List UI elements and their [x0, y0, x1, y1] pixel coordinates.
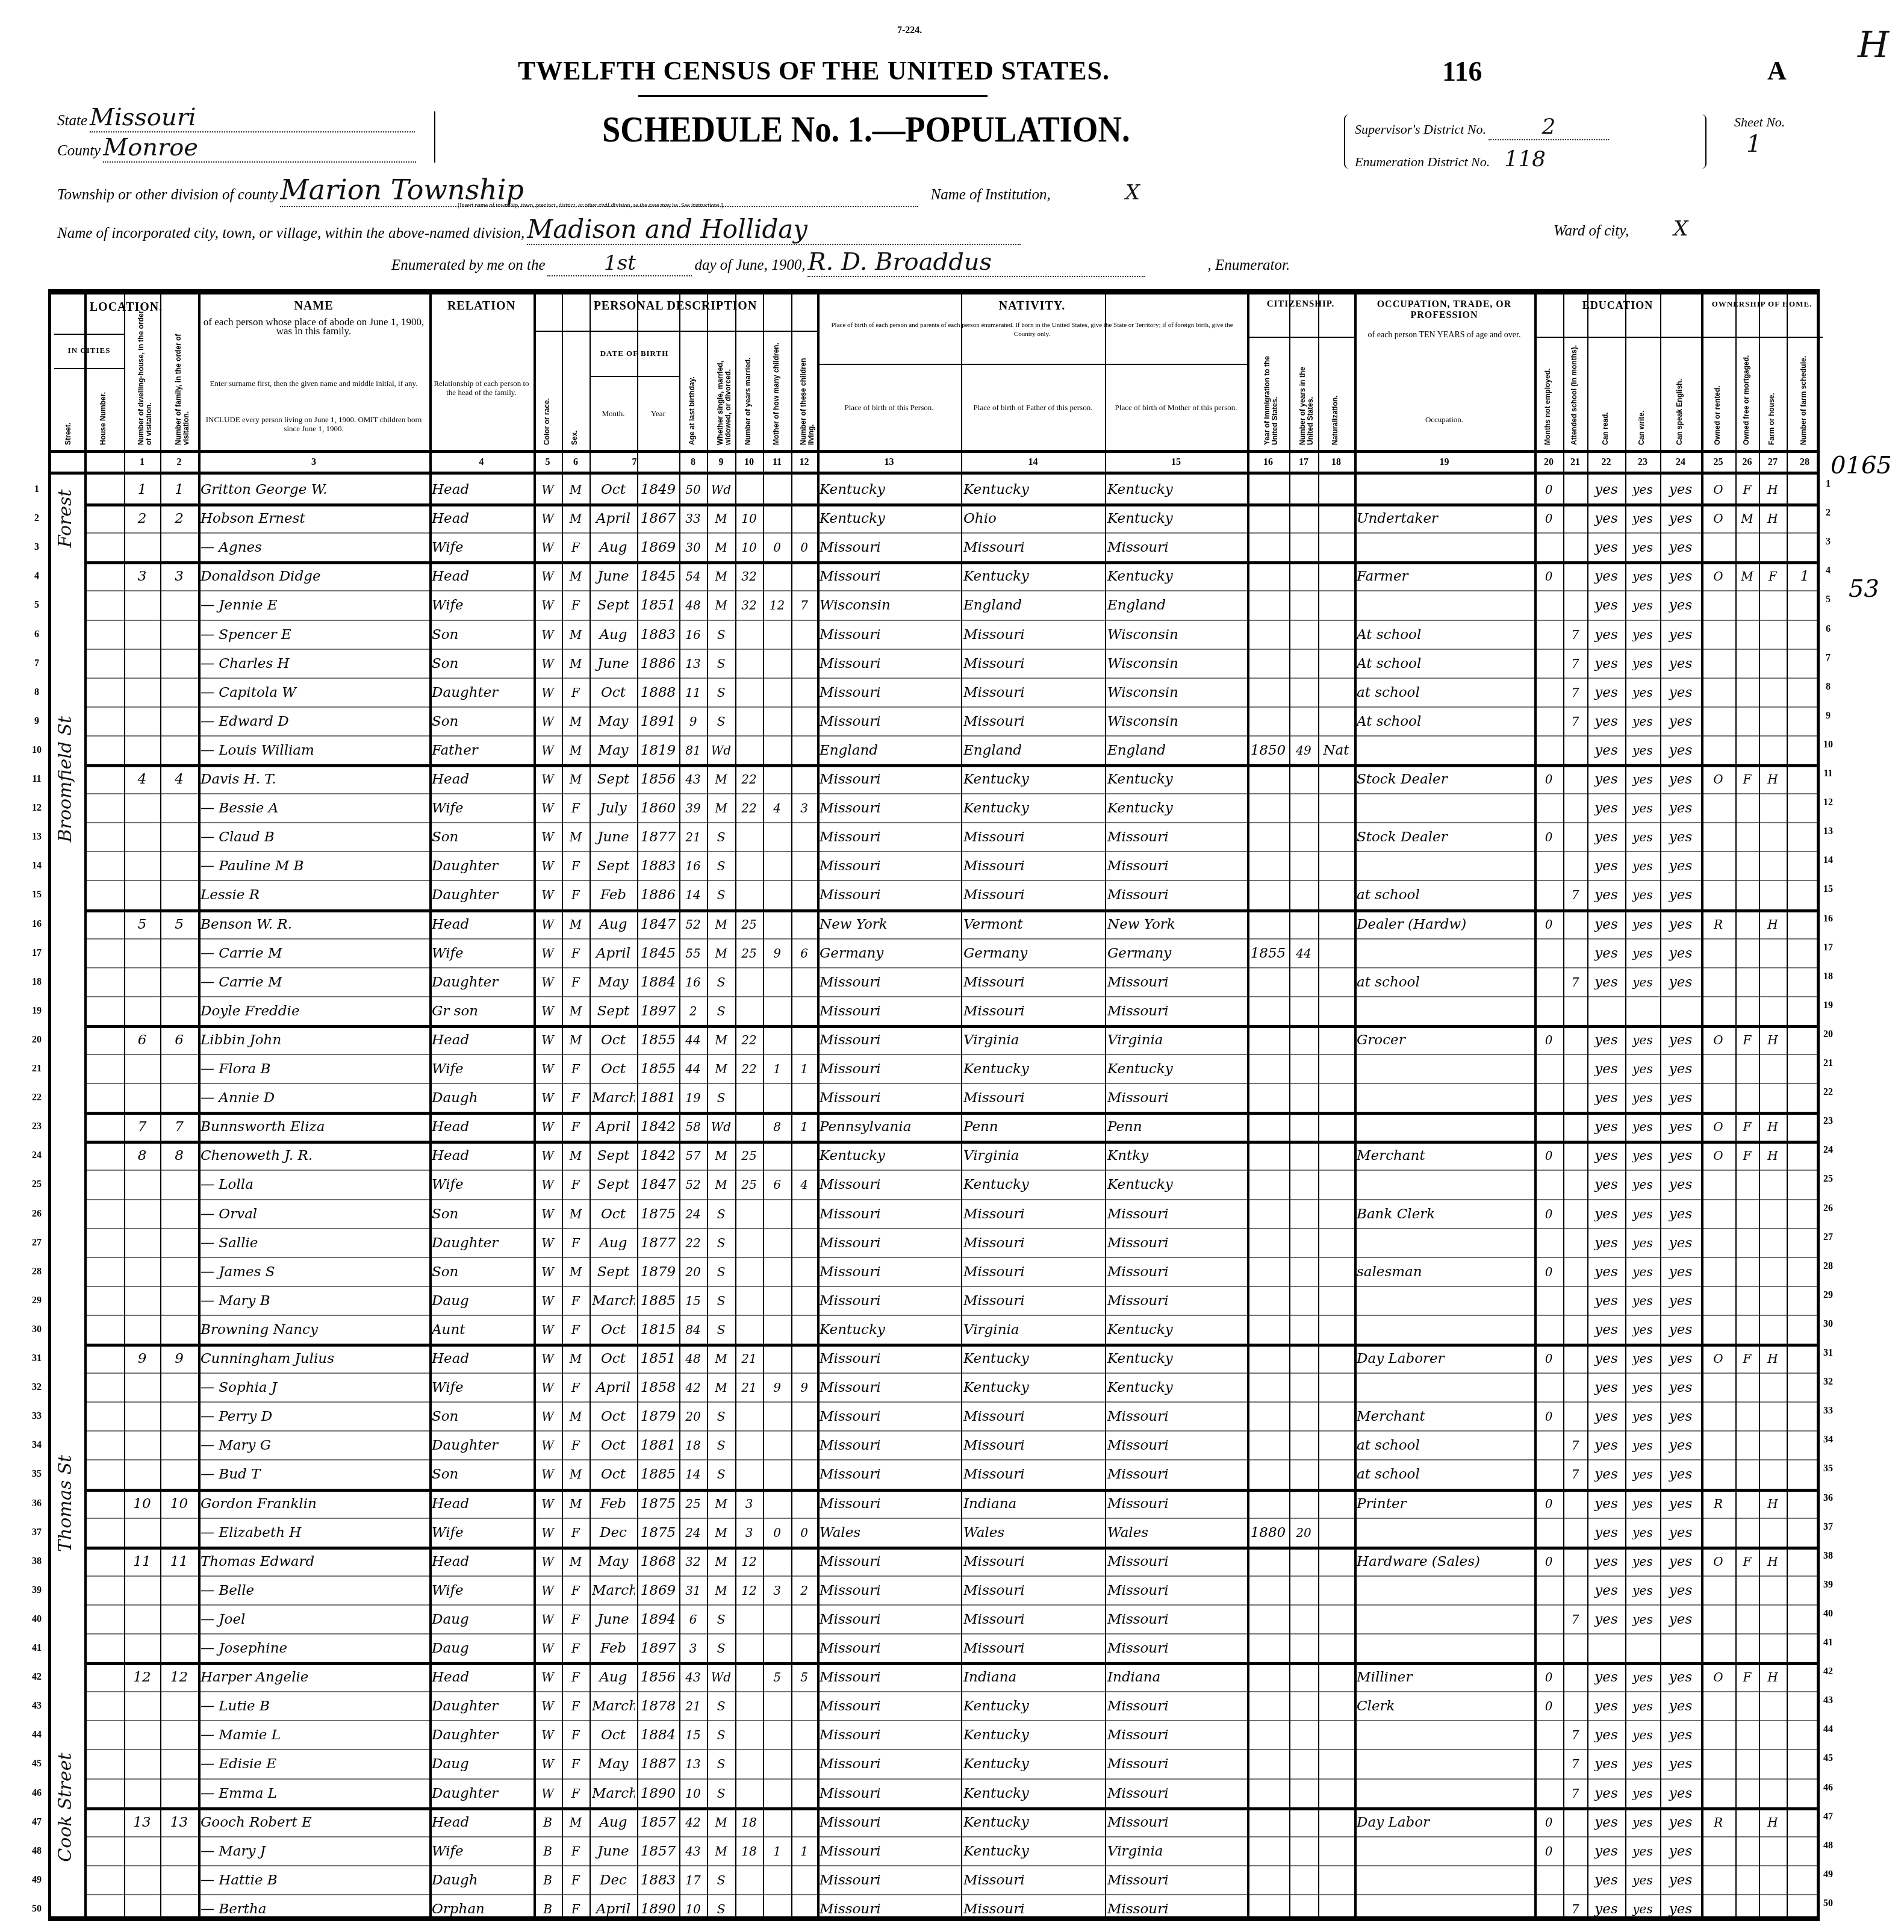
cell-unemp — [1537, 620, 1561, 649]
cell-own: O — [1703, 562, 1733, 591]
cell-farm — [1789, 1344, 1820, 1373]
cell-yus — [1292, 1837, 1316, 1866]
cell-moth — [765, 880, 789, 909]
cell-rel: Daugh — [432, 1866, 531, 1895]
row-number-right: 45 — [1821, 1744, 1835, 1773]
cell-sch: 7 — [1566, 1460, 1585, 1489]
cell-dw: 3 — [126, 562, 158, 591]
header-inner-rule — [534, 331, 817, 332]
cell-own — [1703, 1286, 1733, 1315]
cell-fam — [163, 968, 196, 997]
cell-name: Lessie R — [201, 880, 427, 909]
cell-yus — [1292, 1460, 1316, 1489]
cell-ym: 18 — [738, 1837, 761, 1866]
header-attended-school: Attended school (in months). — [1570, 343, 1578, 445]
cell-age: 52 — [682, 1170, 705, 1199]
row-number-left: 45 — [30, 1750, 44, 1778]
cell-own — [1703, 1170, 1733, 1199]
cell-name: — Mamie L — [201, 1721, 427, 1750]
cell-farm — [1789, 591, 1820, 620]
cell-free — [1738, 852, 1756, 880]
cell-fh — [1761, 533, 1784, 562]
cell-ym — [738, 1200, 761, 1229]
cell-color: W — [536, 620, 559, 649]
cell-mar: S — [709, 1605, 733, 1634]
cell-fam — [163, 1431, 196, 1460]
cell-moth — [765, 1257, 789, 1286]
cell-write: yes — [1628, 794, 1658, 823]
cell-mar: M — [709, 533, 733, 562]
cell-month: Sept — [592, 1141, 635, 1170]
cell-occ — [1357, 1721, 1532, 1750]
cell-imm: 1855 — [1249, 939, 1287, 968]
cell-occ — [1357, 794, 1532, 823]
cell-sex: M — [564, 1257, 587, 1286]
header-citizenship: CITIZENSHIP. — [1247, 299, 1354, 310]
cell-free — [1738, 707, 1756, 736]
cell-free — [1738, 1460, 1756, 1489]
cell-liv: 0 — [794, 533, 815, 562]
cell-free — [1738, 794, 1756, 823]
cell-rel: Wife — [432, 1170, 531, 1199]
cell-bpf: Kentucky — [963, 1692, 1103, 1721]
cell-own: O — [1703, 1026, 1733, 1055]
cell-fam — [163, 1634, 196, 1663]
cell-nat — [1321, 649, 1352, 678]
row-number-right: 44 — [1821, 1715, 1835, 1744]
row-number-left: 34 — [30, 1431, 44, 1460]
cell-sch — [1566, 1837, 1585, 1866]
cell-bpf: Missouri — [963, 649, 1103, 678]
cell-fh — [1761, 1634, 1784, 1663]
cell-dw — [126, 1402, 158, 1431]
cell-rel: Wife — [432, 1055, 531, 1083]
cell-sex: F — [564, 1721, 587, 1750]
cell-unemp: 0 — [1537, 1344, 1561, 1373]
header-divider — [51, 450, 1817, 453]
cell-bpf: Missouri — [963, 880, 1103, 909]
cell-occ: Printer — [1357, 1489, 1532, 1518]
cell-age: 44 — [682, 1026, 705, 1055]
table-row: 11Gritton George W.HeadWMOct184950WdKent… — [51, 475, 1817, 504]
cell-dw — [126, 1286, 158, 1315]
cell-farm — [1789, 475, 1820, 504]
column-number: 11 — [763, 457, 791, 468]
header-personal-description: PERSONAL DESCRIPTION — [534, 299, 817, 313]
cell-yus — [1292, 707, 1316, 736]
cell-yus — [1292, 1286, 1316, 1315]
cell-moth — [765, 1895, 789, 1924]
cell-moth — [765, 1286, 789, 1315]
corner-mark: H — [1858, 24, 1889, 66]
cell-moth — [765, 1721, 789, 1750]
cell-farm — [1789, 1605, 1820, 1634]
table-row: 33Donaldson DidgeHeadWMJune184554M32Miss… — [51, 562, 1817, 591]
cell-mar: M — [709, 765, 733, 794]
row-number-right: 19 — [1821, 991, 1835, 1020]
cell-sch — [1566, 1083, 1585, 1112]
cell-month: Oct — [592, 678, 635, 707]
cell-mar: S — [709, 1083, 733, 1112]
cell-free — [1738, 1808, 1756, 1837]
row-number-left: 17 — [30, 939, 44, 968]
cell-bpm: New York — [1107, 910, 1245, 939]
cell-imm — [1249, 1141, 1287, 1170]
cell-liv — [794, 1286, 815, 1315]
cell-color: B — [536, 1866, 559, 1895]
cell-unemp: 0 — [1537, 1141, 1561, 1170]
cell-color: W — [536, 1489, 559, 1518]
cell-yus — [1292, 504, 1316, 533]
cell-fh: H — [1761, 504, 1784, 533]
cell-fh — [1761, 1257, 1784, 1286]
cell-bpf: Kentucky — [963, 1750, 1103, 1778]
cell-ym — [738, 707, 761, 736]
cell-dw — [126, 533, 158, 562]
cell-read: yes — [1590, 939, 1623, 968]
cell-own — [1703, 533, 1733, 562]
cell-fh — [1761, 880, 1784, 909]
row-number-left: 4 — [30, 562, 44, 591]
header-naturalization: Naturalization. — [1331, 343, 1339, 445]
cell-own: O — [1703, 1141, 1733, 1170]
cell-eng: yes — [1663, 707, 1699, 736]
cell-read: yes — [1590, 1141, 1623, 1170]
cell-bpm: Indiana — [1107, 1663, 1245, 1692]
cell-mar: S — [709, 880, 733, 909]
cell-read: yes — [1590, 475, 1623, 504]
cell-read: yes — [1590, 678, 1623, 707]
cell-moth — [765, 1750, 789, 1778]
table-row: — Charles HSonWMJune188613SMissouriMisso… — [51, 649, 1817, 678]
header-education: EDUCATION — [1534, 299, 1701, 312]
cell-mar: S — [709, 1460, 733, 1489]
cell-bpf: Missouri — [963, 1257, 1103, 1286]
sheet-value: 1 — [1746, 130, 1785, 158]
cell-sch — [1566, 1141, 1585, 1170]
cell-age: 55 — [682, 939, 705, 968]
cell-sch — [1566, 852, 1585, 880]
cell-age: 14 — [682, 1460, 705, 1489]
cell-bpf: Missouri — [963, 1547, 1103, 1576]
cell-read: yes — [1590, 794, 1623, 823]
ed-value: 118 — [1504, 147, 1546, 172]
cell-rel: Daughter — [432, 1229, 531, 1257]
cell-farm — [1789, 1692, 1820, 1721]
cell-ym: 18 — [738, 1808, 761, 1837]
cell-name: — Mary J — [201, 1837, 427, 1866]
cell-nat — [1321, 1663, 1352, 1692]
cell-age: 9 — [682, 707, 705, 736]
row-number-left: 2 — [30, 504, 44, 533]
cell-bpm: Missouri — [1107, 968, 1245, 997]
cell-farm — [1789, 1460, 1820, 1489]
cell-sex: M — [564, 1489, 587, 1518]
cell-eng: yes — [1663, 1083, 1699, 1112]
cell-rel: Head — [432, 1141, 531, 1170]
cell-read: yes — [1590, 504, 1623, 533]
cell-rel: Father — [432, 736, 531, 765]
cell-eng: yes — [1663, 533, 1699, 562]
cell-ym — [738, 678, 761, 707]
cell-bp: Missouri — [820, 1750, 959, 1778]
cell-name: — Charles H — [201, 649, 427, 678]
cell-liv — [794, 823, 815, 852]
cell-sex: F — [564, 1866, 587, 1895]
cell-fh — [1761, 823, 1784, 852]
cell-name: — Carrie M — [201, 968, 427, 997]
cell-liv — [794, 562, 815, 591]
cell-year: 1891 — [639, 707, 677, 736]
cell-mar: S — [709, 649, 733, 678]
cell-bpm: Missouri — [1107, 1200, 1245, 1229]
cell-free — [1738, 1750, 1756, 1778]
cell-month: May — [592, 1750, 635, 1778]
cell-liv — [794, 1547, 815, 1576]
cell-nat — [1321, 1808, 1352, 1837]
cell-bpf: Virginia — [963, 1026, 1103, 1055]
cell-liv — [794, 1315, 815, 1344]
header-in-cities: IN CITIES — [54, 346, 124, 355]
cell-bpf: Missouri — [963, 533, 1103, 562]
cell-eng: yes — [1663, 562, 1699, 591]
cell-imm — [1249, 707, 1287, 736]
cell-own — [1703, 1518, 1733, 1547]
cell-ym — [738, 649, 761, 678]
cell-moth: 6 — [765, 1170, 789, 1199]
cell-yus — [1292, 997, 1316, 1026]
cell-own: O — [1703, 765, 1733, 794]
cell-yus — [1292, 678, 1316, 707]
cell-liv — [794, 1721, 815, 1750]
row-number-right: 11 — [1821, 759, 1835, 788]
row-number-left: 46 — [30, 1779, 44, 1808]
cell-mar: M — [709, 1026, 733, 1055]
cell-mar: M — [709, 1489, 733, 1518]
cell-fam — [163, 852, 196, 880]
cell-name: — James S — [201, 1257, 427, 1286]
cell-sch — [1566, 765, 1585, 794]
table-row: — OrvalSonWMOct187524SMissouriMissouriMi… — [51, 1200, 1817, 1229]
cell-imm — [1249, 1605, 1287, 1634]
cell-eng: yes — [1663, 910, 1699, 939]
cell-eng: yes — [1663, 968, 1699, 997]
row-number-left: 10 — [30, 736, 44, 765]
cell-sex: F — [564, 852, 587, 880]
cell-year: 1855 — [639, 1055, 677, 1083]
cell-fh — [1761, 1170, 1784, 1199]
column-number: 19 — [1354, 457, 1534, 468]
cell-farm — [1789, 1576, 1820, 1605]
cell-fh: H — [1761, 1344, 1784, 1373]
row-number-left: 28 — [30, 1257, 44, 1286]
cell-farm — [1789, 1518, 1820, 1547]
table-row: — BelleWifeWFMarch186931M1232MissouriMis… — [51, 1576, 1817, 1605]
column-number: 6 — [562, 457, 590, 468]
cell-dw — [126, 1692, 158, 1721]
cell-sch — [1566, 1055, 1585, 1083]
cell-rel: Daugh — [432, 1083, 531, 1112]
cell-sch — [1566, 533, 1585, 562]
cell-mar: S — [709, 1229, 733, 1257]
cell-imm — [1249, 1866, 1287, 1895]
cell-bp: Missouri — [820, 1692, 959, 1721]
cell-write: yes — [1628, 1402, 1658, 1431]
cell-liv — [794, 1779, 815, 1808]
cell-sch — [1566, 1315, 1585, 1344]
cell-eng: yes — [1663, 1779, 1699, 1808]
cell-fam — [163, 591, 196, 620]
header-years-in-us: Number of years in the United States. — [1299, 343, 1314, 445]
cell-sch — [1566, 910, 1585, 939]
cell-liv — [794, 736, 815, 765]
cell-mar: S — [709, 620, 733, 649]
cell-bpm: Kentucky — [1107, 475, 1245, 504]
row-number-left: 21 — [30, 1055, 44, 1083]
cell-imm — [1249, 1489, 1287, 1518]
cell-fh — [1761, 591, 1784, 620]
cell-bpm: Kentucky — [1107, 1170, 1245, 1199]
cell-moth: 9 — [765, 939, 789, 968]
cell-bpm: Missouri — [1107, 1547, 1245, 1576]
cell-read: yes — [1590, 1055, 1623, 1083]
cell-nat — [1321, 1055, 1352, 1083]
table-row: — James SSonWMSept187920SMissouriMissour… — [51, 1257, 1817, 1286]
cell-eng: yes — [1663, 794, 1699, 823]
cell-bp: Missouri — [820, 620, 959, 649]
cell-month: Aug — [592, 910, 635, 939]
cell-yus — [1292, 910, 1316, 939]
cell-farm — [1789, 997, 1820, 1026]
cell-unemp — [1537, 1229, 1561, 1257]
cell-bp: Missouri — [820, 997, 959, 1026]
header-ownership: OWNERSHIP OF HOME. — [1701, 299, 1823, 309]
cell-unemp — [1537, 1460, 1561, 1489]
row-number-left: 20 — [30, 1026, 44, 1055]
cell-ym — [738, 1431, 761, 1460]
cell-liv — [794, 1083, 815, 1112]
cell-bp: Missouri — [820, 765, 959, 794]
cell-age: 39 — [682, 794, 705, 823]
cell-bp: Germany — [820, 939, 959, 968]
cell-fam — [163, 1315, 196, 1344]
cell-yus — [1292, 1315, 1316, 1344]
cell-year: 1877 — [639, 1229, 677, 1257]
cell-write: yes — [1628, 1112, 1658, 1141]
cell-eng: yes — [1663, 765, 1699, 794]
table-row: Browning NancyAuntWFOct181584SKentuckyVi… — [51, 1315, 1817, 1344]
cell-rel: Head — [432, 1489, 531, 1518]
cell-color: W — [536, 1547, 559, 1576]
cell-year: 1842 — [639, 1141, 677, 1170]
cell-imm — [1249, 1055, 1287, 1083]
cell-sex: F — [564, 1373, 587, 1402]
cell-ym — [738, 475, 761, 504]
cell-liv — [794, 475, 815, 504]
form-code: 7-224. — [897, 25, 922, 36]
cell-bpf: England — [963, 591, 1103, 620]
cell-color: W — [536, 1344, 559, 1373]
cell-color: W — [536, 678, 559, 707]
cell-sch — [1566, 1229, 1585, 1257]
cell-sch: 7 — [1566, 1779, 1585, 1808]
cell-color: W — [536, 1779, 559, 1808]
table-row: — BerthaOrphanBFApril189010SMissouriMiss… — [51, 1895, 1817, 1924]
cell-nat — [1321, 591, 1352, 620]
cell-occ: Stock Dealer — [1357, 765, 1532, 794]
cell-bp: Missouri — [820, 1808, 959, 1837]
cell-read: yes — [1590, 1518, 1623, 1547]
cell-rel: Wife — [432, 939, 531, 968]
cell-bp: Missouri — [820, 678, 959, 707]
cell-free — [1738, 1779, 1756, 1808]
cell-rel: Head — [432, 1026, 531, 1055]
cell-fam — [163, 1866, 196, 1895]
cell-month: March — [592, 1576, 635, 1605]
cell-year: 1879 — [639, 1402, 677, 1431]
cell-fam — [163, 1229, 196, 1257]
cell-sch: 7 — [1566, 1431, 1585, 1460]
cell-sch — [1566, 939, 1585, 968]
cell-sex: M — [564, 707, 587, 736]
cell-sex: F — [564, 1112, 587, 1141]
cell-bpm: Missouri — [1107, 1489, 1245, 1518]
row-number-right: 34 — [1821, 1426, 1835, 1454]
cell-ym — [738, 1605, 761, 1634]
cell-bpf: Missouri — [963, 997, 1103, 1026]
cell-dw — [126, 1866, 158, 1895]
cell-ym — [738, 1721, 761, 1750]
cell-occ — [1357, 1634, 1532, 1663]
cell-bp: Missouri — [820, 1402, 959, 1431]
cell-year: 1881 — [639, 1083, 677, 1112]
cell-unemp — [1537, 997, 1561, 1026]
cell-month: March — [592, 1779, 635, 1808]
cell-dw — [126, 1518, 158, 1547]
cell-imm — [1249, 968, 1287, 997]
cell-moth — [765, 649, 789, 678]
row-number-left: 50 — [30, 1895, 44, 1924]
cell-write: yes — [1628, 1779, 1658, 1808]
cell-fam — [163, 1200, 196, 1229]
column-number: 18 — [1318, 457, 1354, 468]
table-row: — Mary BDaugWFMarch188515SMissouriMissou… — [51, 1286, 1817, 1315]
cell-sch — [1566, 1402, 1585, 1431]
cell-yus — [1292, 852, 1316, 880]
table-row: — Bud TSonWMOct188514SMissouriMissouriMi… — [51, 1460, 1817, 1489]
cell-bpm: England — [1107, 591, 1245, 620]
table-row: — LollaWifeWFSept184752M2564MissouriKent… — [51, 1170, 1817, 1199]
cell-ym — [738, 1402, 761, 1431]
cell-occ — [1357, 1170, 1532, 1199]
column-number: 21 — [1563, 457, 1587, 468]
cell-color: W — [536, 591, 559, 620]
cell-nat — [1321, 678, 1352, 707]
cell-free — [1738, 1055, 1756, 1083]
cell-ym — [738, 1663, 761, 1692]
cell-mar: S — [709, 1634, 733, 1663]
table-row: 55Benson W. R.HeadWMAug184752M25New York… — [51, 910, 1817, 939]
cell-sex: M — [564, 620, 587, 649]
cell-farm — [1789, 1229, 1820, 1257]
cell-age: 48 — [682, 591, 705, 620]
cell-own — [1703, 1895, 1733, 1924]
cell-sex: M — [564, 1402, 587, 1431]
cell-fam — [163, 1460, 196, 1489]
cell-own — [1703, 1431, 1733, 1460]
cell-write: yes — [1628, 968, 1658, 997]
cell-dw: 10 — [126, 1489, 158, 1518]
